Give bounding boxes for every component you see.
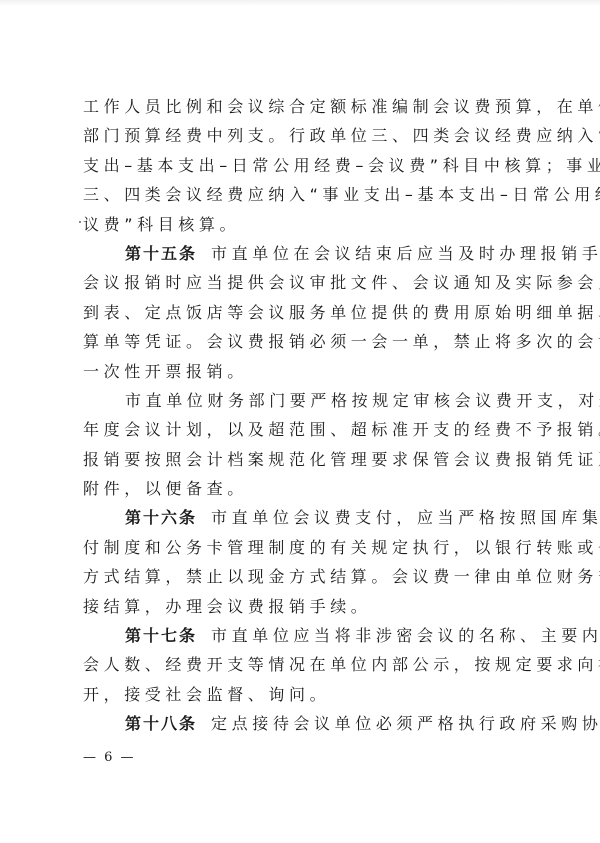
text-line: 市直单位财务部门要严格按规定审核会议费开支，对未列入 (83, 386, 528, 415)
article-text: 定点接待会议单位必须严格执行政府采购协议价 (211, 714, 600, 733)
text-line: 第十八条定点接待会议单位必须严格执行政府采购协议价 (83, 709, 528, 738)
article-number: 第十七条 (125, 626, 197, 645)
text-line: 接结算，办理会议费报销手续。 (83, 592, 528, 621)
article-17: 第十七条市直单位应当将非涉密会议的名称、主要内容、参 会人数、经费开支等情况在单… (83, 621, 528, 709)
text-line: 报销要按照会计档案规范化管理要求保管会议费报销凭证及相关 (83, 445, 528, 474)
text-line: 开，接受社会监督、询问。 (83, 680, 528, 709)
article-15: 第十五条市直单位在会议结束后应当及时办理报销手续。 会议报销时应当提供会议审批文… (83, 239, 528, 386)
paragraph: 工作人员比例和会议综合定额标准编制会议费预算，在单位年初 部门预算经费中列支。行… (83, 92, 528, 239)
article-text: 市直单位应当将非涉密会议的名称、主要内容、参 (211, 626, 600, 645)
text-line: 第十六条市直单位会议费支付，应当严格按照国库集中支 (83, 503, 528, 532)
text-line: 三、四类会议经费应纳入“事业支出–基本支出–日常公用经费–会 (83, 180, 528, 209)
article-text: 市直单位在会议结束后应当及时办理报销手续。 (211, 244, 600, 263)
text-line: 算单等凭证。会议费报销必须一会一单，禁止将多次的会议经费 (83, 327, 528, 356)
article-16: 第十六条市直单位会议费支付，应当严格按照国库集中支 付制度和公务卡管理制度的有关… (83, 503, 528, 621)
text-line: 付制度和公务卡管理制度的有关规定执行，以银行转账或公务卡 (83, 533, 528, 562)
scan-edge (0, 0, 600, 6)
paragraph: 市直单位财务部门要严格按规定审核会议费开支，对未列入 年度会议计划，以及超范围、… (83, 386, 528, 504)
text-line: 工作人员比例和会议综合定额标准编制会议费预算，在单位年初 (83, 92, 528, 121)
text-line: 方式结算，禁止以现金方式结算。会议费一律由单位财务部门直 (83, 562, 528, 591)
text-line: 到表、定点饭店等会议服务单位提供的费用原始明细单据、电子结 (83, 298, 528, 327)
text-line: 第十七条市直单位应当将非涉密会议的名称、主要内容、参 (83, 621, 528, 650)
text-line: 部门预算经费中列支。行政单位三、四类会议经费应纳入“经费 (83, 121, 528, 150)
text-line: 年度会议计划，以及超范围、超标准开支的经费不予报销。会议费 (83, 415, 528, 444)
article-number: 第十六条 (125, 508, 197, 527)
article-number: 第十五条 (125, 244, 197, 263)
article-number: 第十八条 (125, 714, 197, 733)
scan-speck (79, 221, 81, 223)
text-line: 第十五条市直单位在会议结束后应当及时办理报销手续。 (83, 239, 528, 268)
document-body: 工作人员比例和会议综合定额标准编制会议费预算，在单位年初 部门预算经费中列支。行… (83, 92, 528, 739)
article-18: 第十八条定点接待会议单位必须严格执行政府采购协议价 (83, 709, 528, 738)
text-line: 议费”科目核算。 (83, 210, 528, 239)
text-line: 会人数、经费开支等情况在单位内部公示，按规定要求向社会公 (83, 650, 528, 679)
text-line: 附件，以便备查。 (83, 474, 528, 503)
text-line: 会议报销时应当提供会议审批文件、会议通知及实际参会人员签 (83, 268, 528, 297)
page-number: — 6 — (83, 750, 136, 765)
text-line: 一次性开票报销。 (83, 357, 528, 386)
article-text: 市直单位会议费支付，应当严格按照国库集中支 (211, 508, 600, 527)
text-line: 支出–基本支出–日常公用经费–会议费”科目中核算；事业单位 (83, 151, 528, 180)
